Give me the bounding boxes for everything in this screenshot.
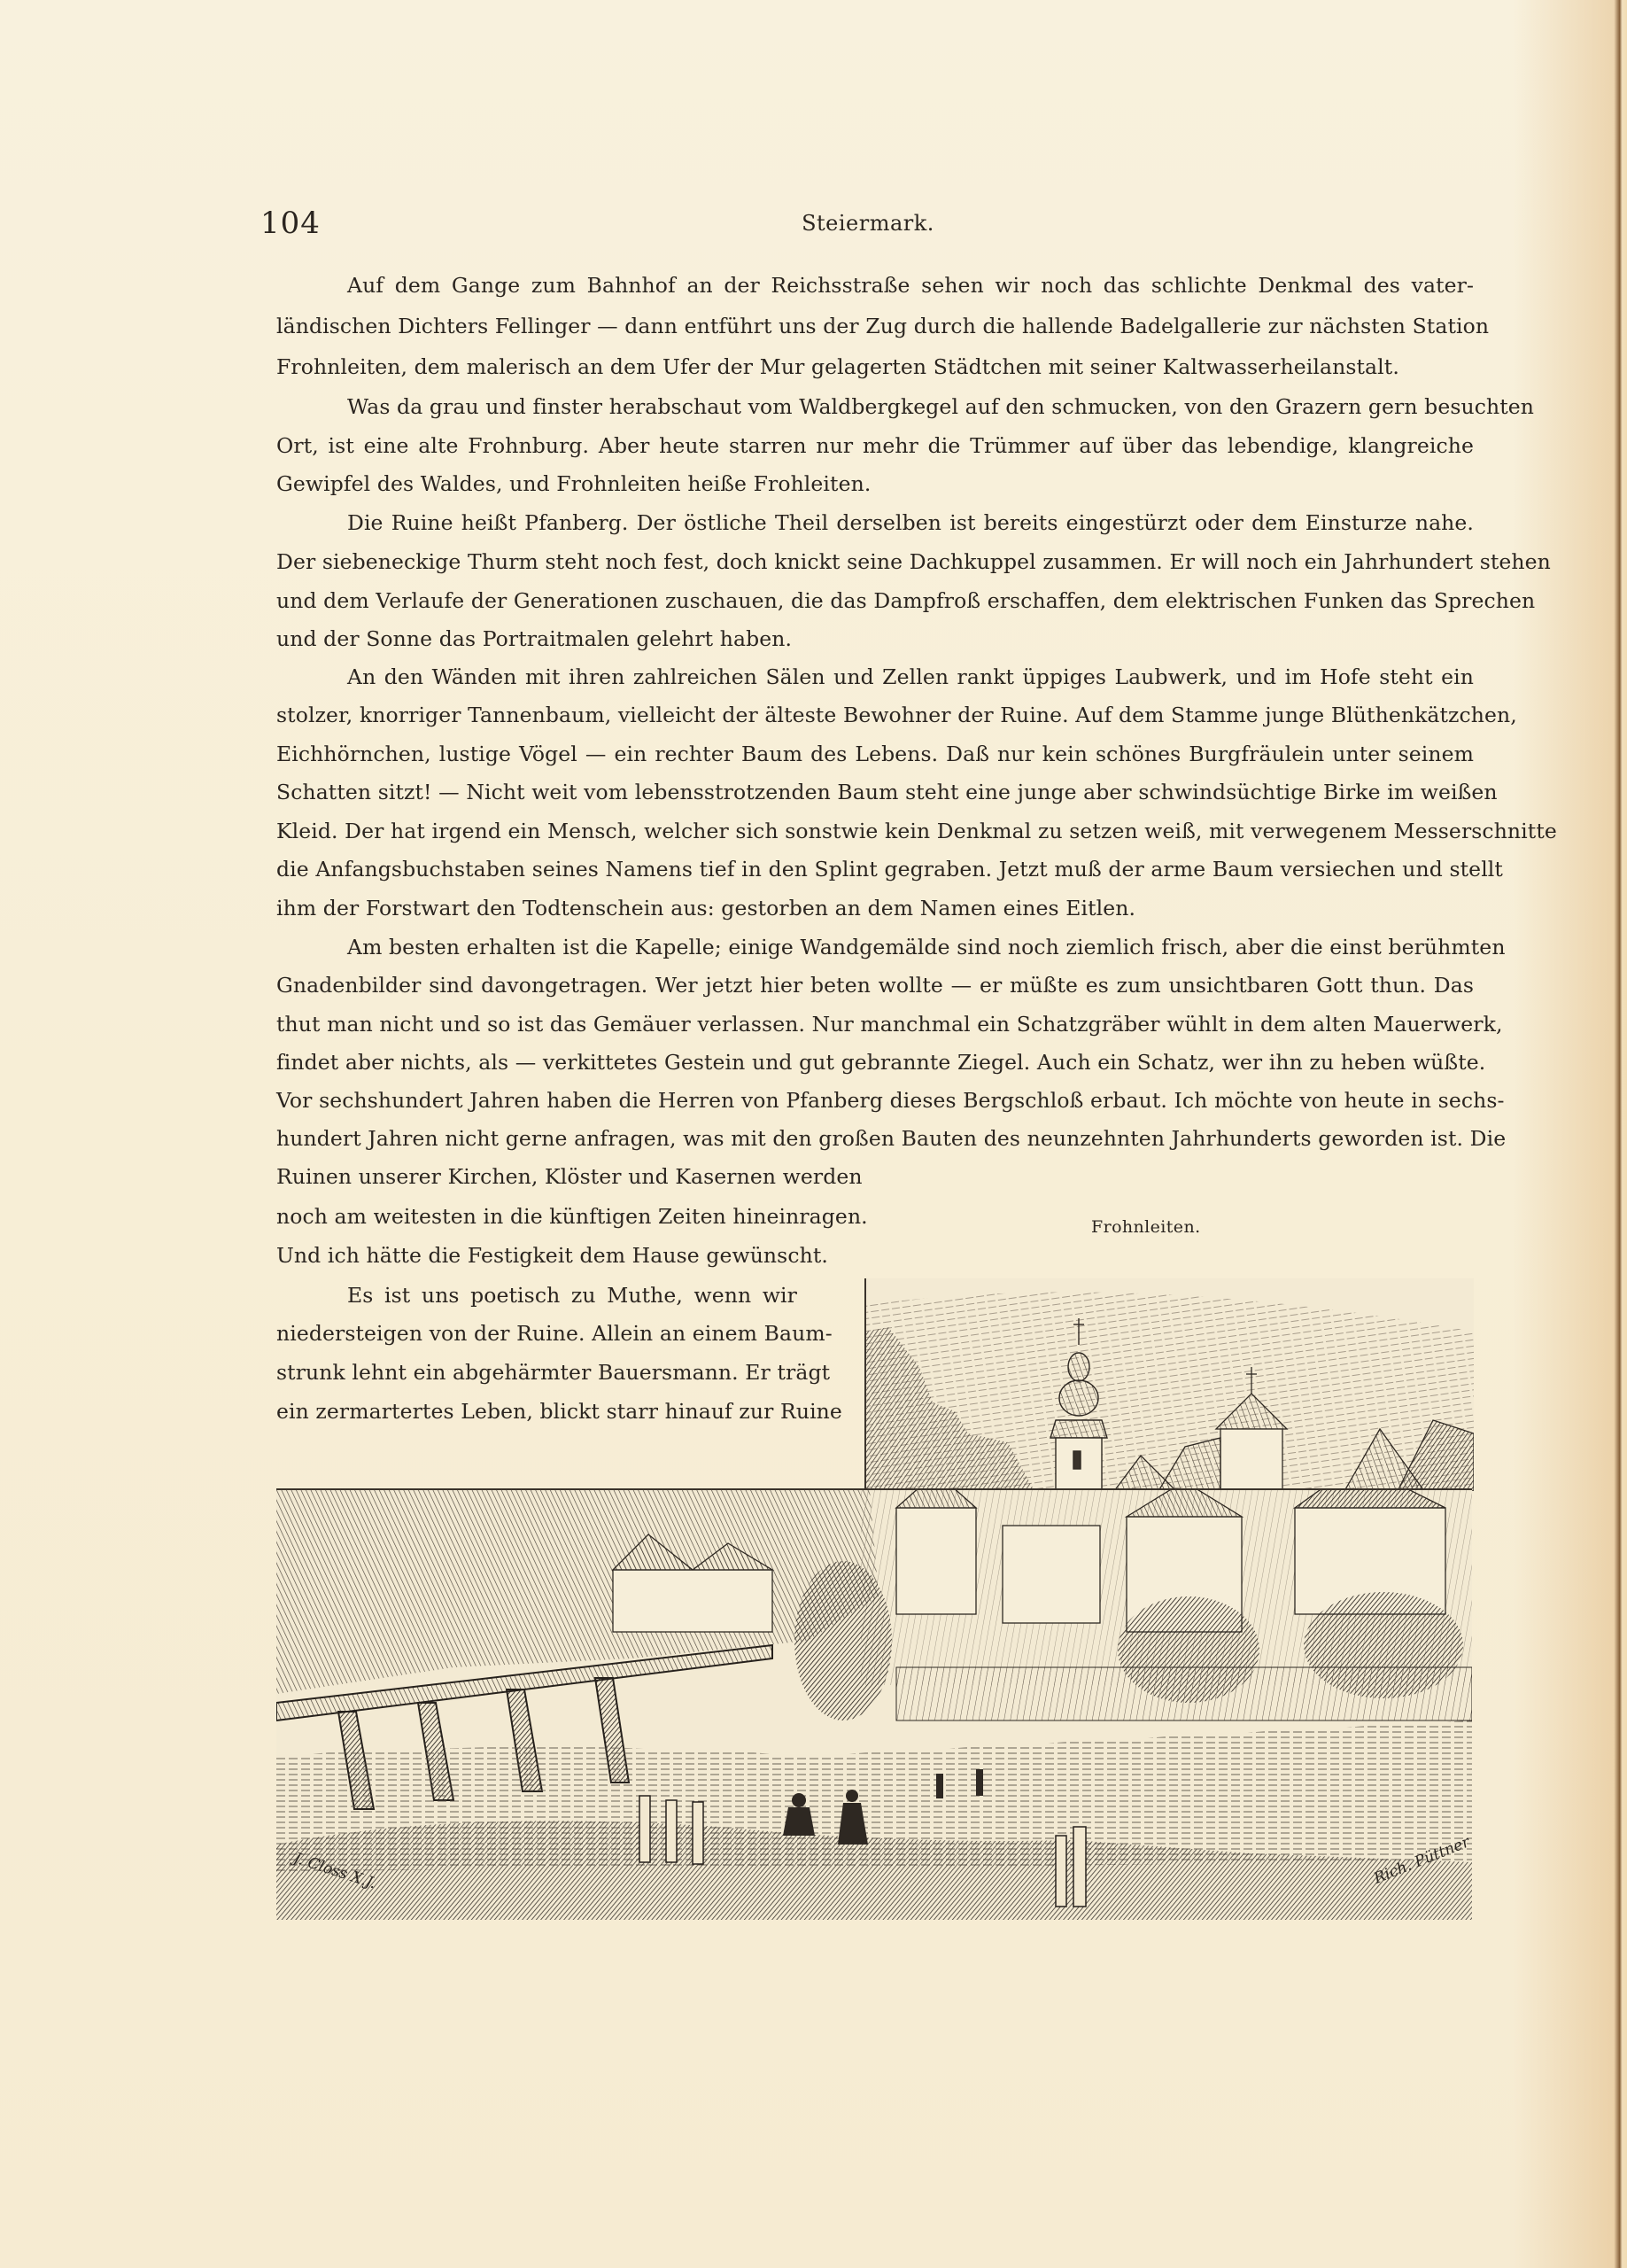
- text-line: Frohnleiten, dem malerisch an dem Ufer d…: [276, 347, 1474, 386]
- figure-caption: Frohnleiten.: [1091, 1217, 1201, 1237]
- text-line: und der Sonne das Portraitmalen gelehrt …: [276, 619, 1474, 658]
- text-line: strunk lehnt ein abgehärmter Bauersmann.…: [276, 1353, 797, 1392]
- text-line: hundert Jahren nicht gerne anfragen, was…: [276, 1119, 1474, 1158]
- text-line: die Anfangsbuchstaben seines Namens tief…: [276, 850, 1474, 889]
- text-line: Der siebeneckige Thurm steht noch fest, …: [276, 542, 1474, 581]
- text-line: ein zermartertes Leben, blickt starr hin…: [276, 1392, 797, 1431]
- text-line: Kleid. Der hat irgend ein Mensch, welche…: [276, 812, 1474, 850]
- engraving-illustration-upper: [864, 1278, 1474, 1491]
- text-line: An den Wänden mit ihren zahlreichen Säle…: [347, 657, 1474, 696]
- engraving-illustration-lower: [276, 1488, 1472, 1920]
- text-line: Vor sechshundert Jahren haben die Herren…: [276, 1081, 1474, 1120]
- text-line: thut man nicht und so ist das Gemäuer ve…: [276, 1005, 1474, 1044]
- town-skyline-engraving: [866, 1278, 1474, 1491]
- text-line: Gewipfel des Waldes, und Frohnleiten hei…: [276, 464, 1474, 503]
- text-line: niedersteigen von der Ruine. Allein an e…: [276, 1314, 797, 1353]
- text-line: stolzer, knorriger Tannenbaum, vielleich…: [276, 695, 1474, 734]
- river-bridge-engraving: [276, 1490, 1472, 1920]
- text-line: Was da grau und finster herabschaut vom …: [347, 387, 1474, 426]
- text-line: Eichhörnchen, lustige Vögel — ein rechte…: [276, 734, 1474, 773]
- text-line: Die Ruine heißt Pfanberg. Der östliche T…: [347, 503, 1474, 542]
- text-line: findet aber nichts, als — verkittetes Ge…: [276, 1043, 1474, 1082]
- text-line: Auf dem Gange zum Bahnhof an der Reichss…: [347, 266, 1474, 305]
- running-head-title: Steiermark.: [0, 211, 1627, 236]
- text-line: Ort, ist eine alte Frohnburg. Aber heute…: [276, 426, 1474, 465]
- text-line: Schatten sitzt! — Nicht weit vom lebenss…: [276, 773, 1474, 812]
- text-line: ihm der Forstwart den Todtenschein aus: …: [276, 889, 1474, 928]
- text-line: und dem Verlaufe der Generationen zuscha…: [276, 581, 1474, 620]
- text-line: ländischen Dichters Fellinger — dann ent…: [276, 307, 1474, 346]
- text-line: Am besten erhalten ist die Kapelle; eini…: [347, 928, 1474, 967]
- text-line: Gnadenbilder sind davongetragen. Wer jet…: [276, 966, 1474, 1005]
- text-line: noch am weitesten in die künftigen Zeite…: [276, 1197, 797, 1236]
- text-line: Ruinen unserer Kirchen, Klöster und Kase…: [276, 1157, 797, 1196]
- text-line: Es ist uns poetisch zu Muthe, wenn wir: [347, 1276, 797, 1315]
- text-line: Und ich hätte die Festigkeit dem Hause g…: [276, 1236, 797, 1275]
